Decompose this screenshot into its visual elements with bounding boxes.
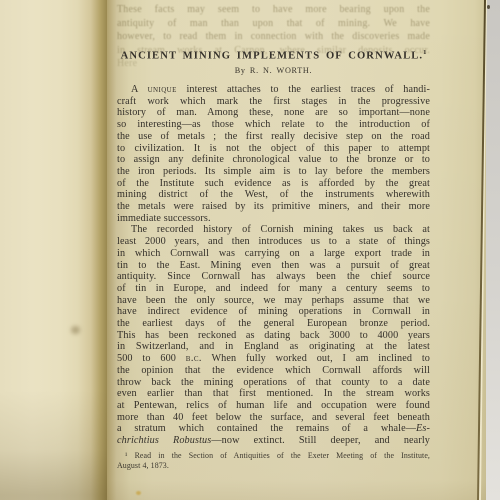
text-line: to assign any definite chronological val… (117, 154, 430, 166)
showthrough-line: however, to read them in connection with… (117, 30, 430, 44)
text-line: even earlier than that first mentioned. … (117, 388, 430, 400)
text-line: in Switzerland, and in England as origin… (117, 341, 430, 353)
text-line: 500 to 600 b.c. When fully worked out, I… (117, 353, 430, 365)
article-title-text: ANCIENT MINING IMPLEMENTS OF CORNWALL. (121, 51, 424, 62)
footnote-line: ¹ Read in the Section of Antiquities of … (117, 451, 430, 461)
text-line: in which Cornwall was carrying on a larg… (117, 248, 430, 260)
paper-spot (136, 491, 141, 495)
text-line: have been the only source, we may perhap… (117, 295, 430, 307)
ink-speck (487, 5, 490, 9)
footnote-line: August 4, 1873. (117, 461, 430, 471)
text-line: of tin in Europe, and indeed for many a … (117, 283, 430, 295)
text-line: antiquity. Since Cornwall has always bee… (117, 271, 430, 283)
text-line: mining district of the West, of the inst… (117, 189, 430, 201)
text-line: the iron periods. Its simple aim is to l… (117, 166, 430, 178)
stain-spot (71, 326, 80, 334)
showthrough-line: These facts may seem to have more bearin… (117, 3, 430, 17)
text-line: The recorded history of Cornish mining t… (117, 224, 430, 236)
text-line: history of man. Among these, none are so… (117, 107, 430, 119)
text-line: This has been reckoned as dating back 30… (117, 330, 430, 342)
book-page: These facts may seem to have more bearin… (107, 0, 486, 500)
text-line: the opinion that the evidence which Corn… (117, 365, 430, 377)
text-line: craft work which mark the first stages i… (117, 96, 430, 108)
text-line: the earliest days of the general Europea… (117, 318, 430, 330)
text-line: of the Institute such evidence as is aff… (117, 178, 430, 190)
text-line: the use of metals ; the first really dec… (117, 131, 430, 143)
footnote: ¹ Read in the Section of Antiquities of … (117, 451, 430, 471)
text-line: the metals were raised by its primitive … (117, 201, 430, 213)
text-line: least 2000 years, and then introduces us… (117, 236, 430, 248)
text-line: a stratum which contained the remains of… (117, 423, 430, 435)
article-byline: By R. N. WORTH. (117, 66, 430, 75)
text-line: so interesting—as those which relate to … (117, 119, 430, 131)
text-line: have indirect evidence of mining operati… (117, 306, 430, 318)
text-line: at Pentewan, relics of human life and oc… (117, 400, 430, 412)
text-line: throw back the mining operations of that… (117, 377, 430, 389)
scanned-book-photo: These facts may seem to have more bearin… (0, 0, 500, 500)
article-title: ANCIENT MINING IMPLEMENTS OF CORNWALL.1 (117, 49, 430, 62)
text-line: more than 40 feet below the surface, and… (117, 412, 430, 424)
text-line: tin to the East. Mining even then was a … (117, 260, 430, 272)
text-line: to civilization. It is not the object of… (117, 143, 430, 155)
text-line: A unique interest attaches to the earlie… (117, 84, 430, 96)
text-line: immediate successors. (117, 213, 430, 225)
footnote-marker: 1 (423, 49, 426, 56)
book-underpage (0, 0, 108, 500)
text-line: chrichtius Robustus—now extinct. Still d… (117, 435, 430, 447)
article-body: A unique interest attaches to the earlie… (117, 84, 430, 447)
showthrough-line: antiquity of man than upon that of minin… (117, 17, 430, 31)
